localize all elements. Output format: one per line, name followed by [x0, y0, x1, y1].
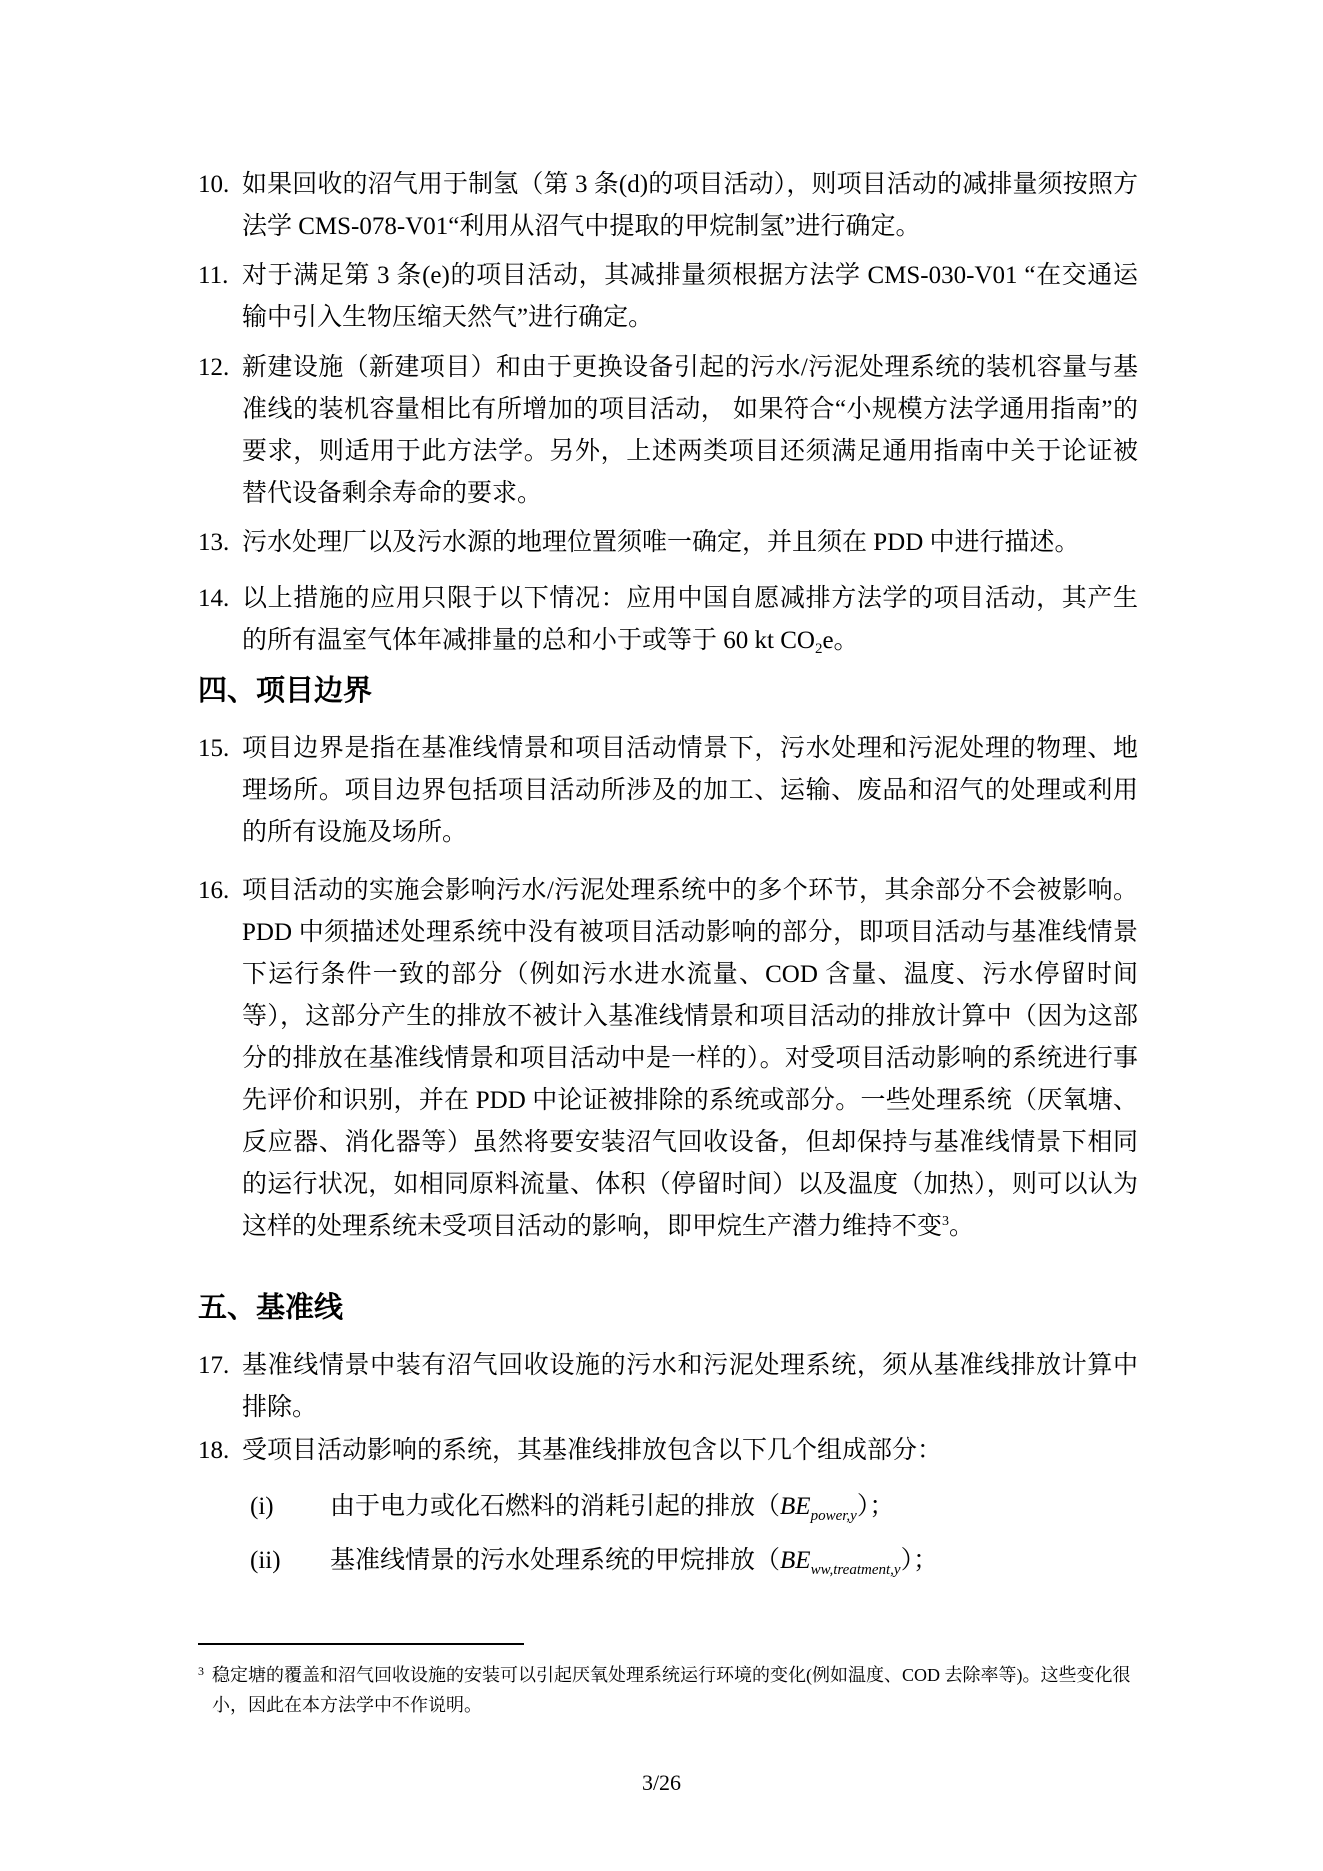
paragraph-number: 17. — [198, 1345, 229, 1387]
subitem-ii: (ii)基准线情景的污水处理系统的甲烷排放（BEww,treatment,y）； — [250, 1540, 938, 1582]
paragraph-11: 11. 对于满足第 3 条(e)的项目活动，其减排量须根据方法学 CMS-030… — [198, 255, 1138, 339]
paragraph-17: 17. 基准线情景中装有沼气回收设施的污水和污泥处理系统，须从基准线排放计算中排… — [198, 1345, 1138, 1429]
subitem-marker: (i) — [250, 1486, 330, 1528]
paragraph-text: 项目活动的实施会影响污水/污泥处理系统中的多个环节，其余部分不会被影响。PDD … — [242, 870, 1138, 1248]
paragraph-number: 13. — [198, 522, 229, 564]
document-page: 10. 如果回收的沼气用于制氢（第 3 条(d)的项目活动），则项目活动的减排量… — [0, 0, 1323, 1871]
paragraph-text: 如果回收的沼气用于制氢（第 3 条(d)的项目活动），则项目活动的减排量须按照方… — [242, 164, 1138, 248]
footnote-mark: 3 — [198, 1656, 204, 1686]
subitem-i: (i)由于电力或化石燃料的消耗引起的排放（BEpower,y）； — [250, 1486, 894, 1528]
paragraph-number: 14. — [198, 578, 229, 620]
section-heading-baseline: 五、基准线 — [198, 1287, 343, 1327]
paragraph-text: 新建设施（新建项目）和由于更换设备引起的污水/污泥处理系统的装机容量与基准线的装… — [242, 347, 1138, 515]
paragraph-text: 以上措施的应用只限于以下情况：应用中国自愿减排方法学的项目活动，其产生的所有温室… — [242, 578, 1138, 662]
paragraph-15: 15. 项目边界是指在基准线情景和项目活动情景下，污水处理和污泥处理的物理、地理… — [198, 728, 1138, 854]
paragraph-text: 对于满足第 3 条(e)的项目活动，其减排量须根据方法学 CMS-030-V01… — [242, 255, 1138, 339]
paragraph-number: 16. — [198, 870, 229, 912]
paragraph-16: 16. 项目活动的实施会影响污水/污泥处理系统中的多个环节，其余部分不会被影响。… — [198, 870, 1138, 1248]
footnote-3: 3 稳定塘的覆盖和沼气回收设施的安装可以引起厌氧处理系统运行环境的变化(例如温度… — [198, 1660, 1148, 1720]
paragraph-number: 18. — [198, 1430, 229, 1472]
paragraph-13: 13. 污水处理厂以及污水源的地理位置须唯一确定，并且须在 PDD 中进行描述。 — [198, 522, 1138, 564]
paragraph-number: 11. — [198, 255, 228, 297]
footnote-reference[interactable]: 3 — [942, 1214, 949, 1229]
paragraph-text: 受项目活动影响的系统，其基准线排放包含以下几个组成部分： — [242, 1430, 1138, 1472]
paragraph-text: 污水处理厂以及污水源的地理位置须唯一确定，并且须在 PDD 中进行描述。 — [242, 522, 1138, 564]
footnote-text: 稳定塘的覆盖和沼气回收设施的安装可以引起厌氧处理系统运行环境的变化(例如温度、C… — [212, 1660, 1148, 1720]
footnote-separator — [198, 1643, 524, 1645]
paragraph-text: 基准线情景中装有沼气回收设施的污水和污泥处理系统，须从基准线排放计算中排除。 — [242, 1345, 1138, 1429]
paragraph-number: 10. — [198, 164, 229, 206]
section-heading-project-boundary: 四、项目边界 — [198, 670, 372, 710]
paragraph-12: 12. 新建设施（新建项目）和由于更换设备引起的污水/污泥处理系统的装机容量与基… — [198, 347, 1138, 515]
paragraph-18: 18. 受项目活动影响的系统，其基准线排放包含以下几个组成部分： — [198, 1430, 1138, 1472]
paragraph-text: 项目边界是指在基准线情景和项目活动情景下，污水处理和污泥处理的物理、地理场所。项… — [242, 728, 1138, 854]
page-number: 3/26 — [0, 1770, 1323, 1796]
paragraph-number: 15. — [198, 728, 229, 770]
paragraph-number: 12. — [198, 347, 229, 389]
paragraph-14: 14. 以上措施的应用只限于以下情况：应用中国自愿减排方法学的项目活动，其产生的… — [198, 578, 1138, 662]
subitem-marker: (ii) — [250, 1540, 330, 1582]
paragraph-10: 10. 如果回收的沼气用于制氢（第 3 条(d)的项目活动），则项目活动的减排量… — [198, 164, 1138, 248]
